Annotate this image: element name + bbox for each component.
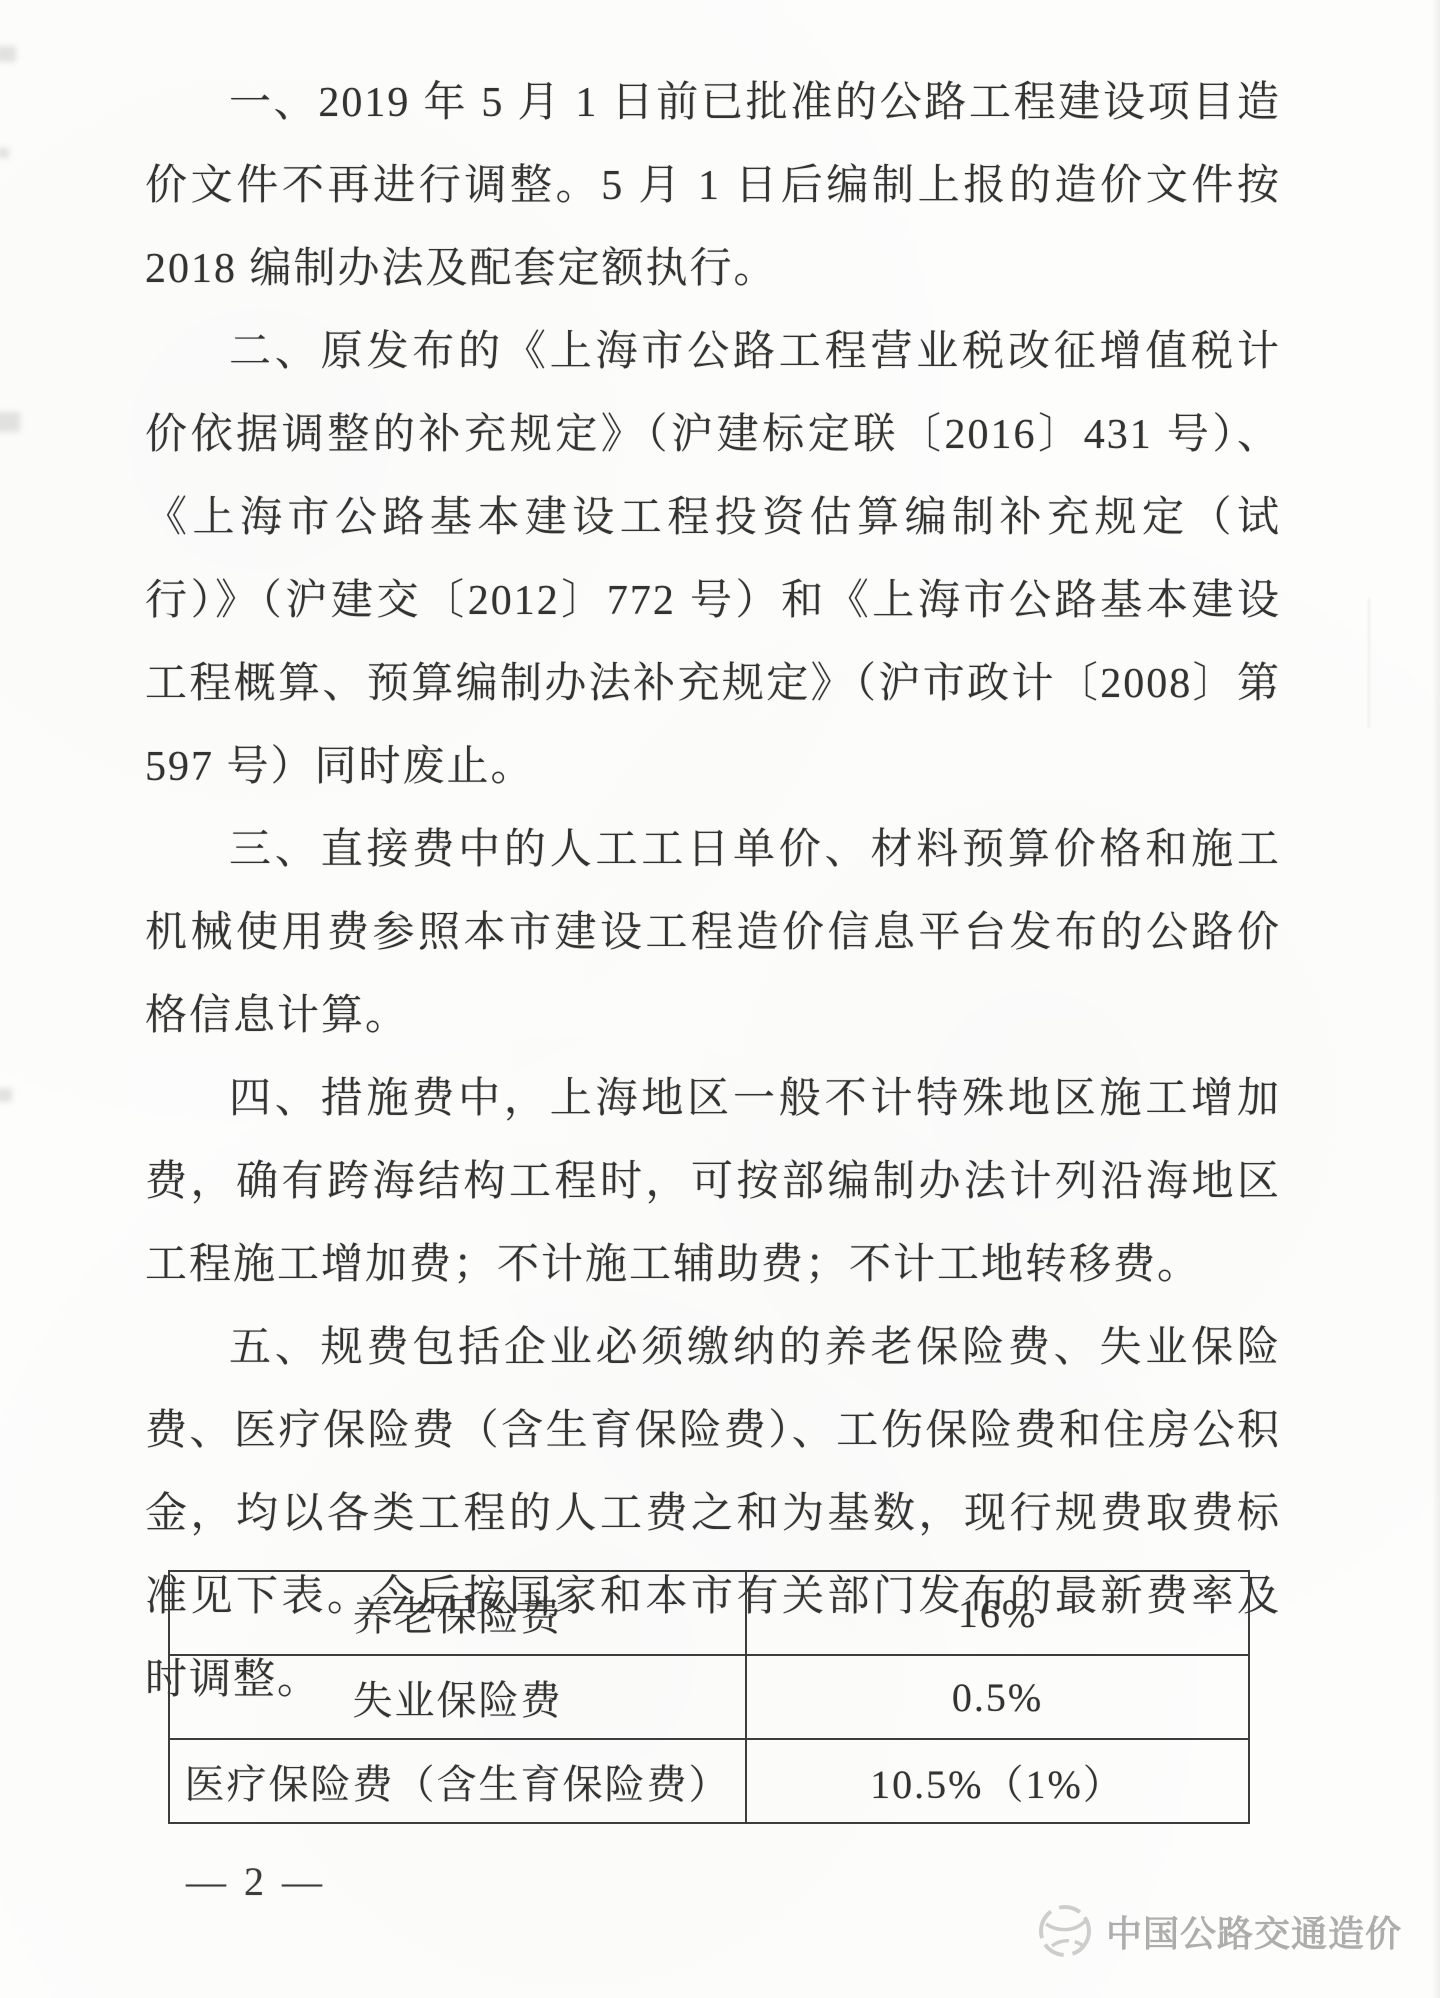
watermark-label: 中国公路交通造价	[1106, 1906, 1402, 1957]
document-paragraph-1: 一、2019 年 5 月 1 日前已批准的公路工程建设项目造价文件不再进行调整。…	[145, 62, 1281, 311]
scan-crease-artifact	[1368, 598, 1370, 728]
fee-name-cell: 医疗保险费（含生育保险费）	[169, 1739, 746, 1823]
fee-rate-cell: 16%	[746, 1571, 1249, 1655]
page-number: — 2 —	[186, 1858, 326, 1905]
scan-artifact	[0, 412, 20, 432]
document-page: 一、2019 年 5 月 1 日前已批准的公路工程建设项目造价文件不再进行调整。…	[0, 0, 1440, 1998]
fee-rate-cell: 0.5%	[746, 1655, 1249, 1739]
document-body-text: 一、2019 年 5 月 1 日前已批准的公路工程建设项目造价文件不再进行调整。…	[145, 62, 1281, 1722]
table-row: 失业保险费 0.5%	[169, 1655, 1249, 1739]
fee-rate-table: 养老保险费 16% 失业保险费 0.5% 医疗保险费（含生育保险费） 10.5%…	[168, 1570, 1250, 1824]
scan-artifact	[0, 148, 9, 158]
scan-artifact	[0, 1088, 12, 1102]
watermark: 中国公路交通造价	[1036, 1902, 1402, 1960]
document-paragraph-2: 二、原发布的《上海市公路工程营业税改征增值税计价依据调整的补充规定》（沪建标定联…	[145, 311, 1281, 809]
table-row: 医疗保险费（含生育保险费） 10.5%（1%）	[169, 1739, 1249, 1823]
globe-icon	[1036, 1902, 1094, 1960]
document-paragraph-4: 四、措施费中，上海地区一般不计特殊地区施工增加费，确有跨海结构工程时，可按部编制…	[145, 1058, 1281, 1307]
document-paragraph-3: 三、直接费中的人工工日单价、材料预算价格和施工机械使用费参照本市建设工程造价信息…	[145, 809, 1281, 1058]
scan-artifact	[0, 46, 16, 62]
fee-name-cell: 失业保险费	[169, 1655, 746, 1739]
scan-edge-shadow	[1432, 0, 1440, 1998]
table-row: 养老保险费 16%	[169, 1571, 1249, 1655]
fee-rate-cell: 10.5%（1%）	[746, 1739, 1249, 1823]
fee-name-cell: 养老保险费	[169, 1571, 746, 1655]
